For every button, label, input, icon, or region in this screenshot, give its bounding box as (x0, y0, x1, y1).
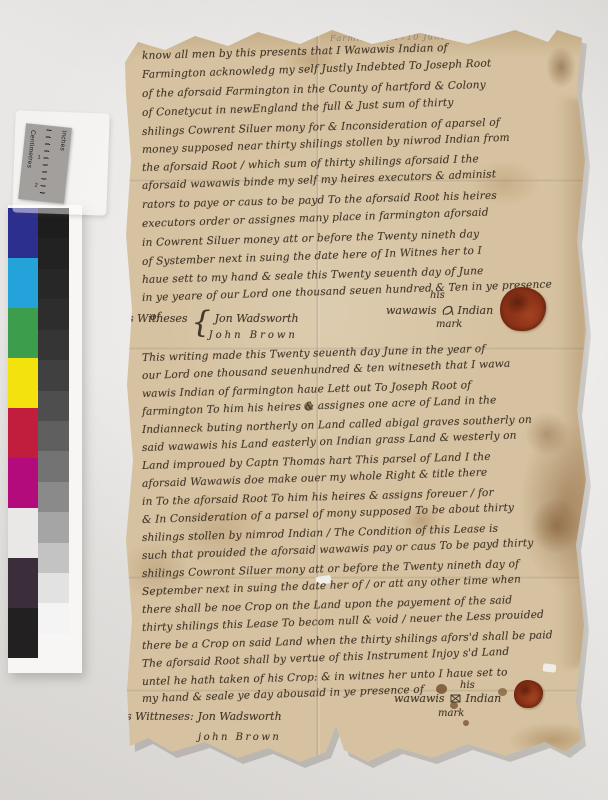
color-calibration-card (8, 205, 82, 673)
witness-name: John Brown (209, 330, 299, 341)
ruler-centimetres-label: Centimetres (25, 130, 36, 169)
color-patch-magenta (8, 458, 38, 508)
lease-witness-block: Vs Wittneses: Jon Wadsworth (118, 710, 282, 723)
archival-photo: Inches Centimetres 1 2 (0, 0, 608, 800)
color-patch-white (8, 508, 38, 558)
tear-highlight (543, 663, 557, 672)
wawawis-mark-icon (448, 692, 463, 705)
ruler: Inches Centimetres 1 2 (18, 123, 72, 203)
grey-step (38, 391, 69, 421)
stain (520, 420, 608, 590)
wax-seal (514, 680, 543, 708)
grey-step (38, 299, 69, 329)
greyscale-wedge (38, 208, 69, 634)
deed-line: of Systember next in suing the date here… (142, 245, 482, 268)
grey-step (38, 573, 69, 603)
witness-name: Jon Wadsworth (198, 710, 282, 723)
ruler-tick-marks (39, 129, 51, 197)
witness-brace: { (192, 310, 211, 336)
deed-line: know all men by this presents that I Waw… (142, 42, 448, 62)
grey-step (38, 512, 69, 542)
color-patch-red (8, 408, 38, 458)
stain (530, 498, 582, 554)
deed-witness-block: Vs Witneses { Jon Wadsworth John Brown (120, 312, 299, 341)
color-patch-yellow (8, 358, 38, 408)
witness-intro: Vs Witneses (120, 312, 188, 325)
signature-row: wawawis Indian (386, 304, 493, 317)
color-patch-green (8, 308, 38, 358)
ink-spot (463, 720, 469, 726)
signature-suffix: Indian (466, 692, 502, 705)
signature-name: wawawis (386, 304, 437, 317)
wawawis-mark-icon (440, 304, 455, 317)
color-patch-dark-violet (8, 558, 38, 608)
ruler-number-2: 2 (34, 182, 38, 188)
grey-step (38, 238, 69, 268)
grey-step (38, 330, 69, 360)
signature-row: wawawis Indian (394, 692, 501, 705)
grey-step (38, 482, 69, 512)
witness-name: Jon Wadsworth (215, 312, 299, 325)
grey-step (38, 269, 69, 299)
grey-step (38, 360, 69, 390)
signature-mark-label: mark (438, 708, 464, 719)
signature-suffix: Indian (458, 304, 494, 317)
grey-step (38, 421, 69, 451)
ruler-inches-label: Inches (58, 130, 67, 152)
signature-his: his (430, 290, 445, 301)
witness-name: john Brown (198, 732, 281, 743)
lease-line: untel he hath taken of his Crop: & in wi… (142, 666, 508, 688)
color-patch-blue (8, 208, 38, 258)
signature-his: his (460, 680, 475, 691)
ruler-tab: Inches Centimetres 1 2 (12, 110, 110, 215)
signature-name: wawawis (394, 692, 445, 705)
color-patch-column (8, 208, 38, 658)
color-patch-cyan (8, 258, 38, 308)
signature-mark-label: mark (436, 319, 462, 330)
color-patch-black (8, 608, 38, 658)
deed-line: of Conetycut in newEngland the full & Ju… (142, 97, 454, 119)
wax-seal (500, 287, 546, 331)
stain (546, 46, 576, 88)
grey-step (38, 451, 69, 481)
grey-step (38, 603, 69, 633)
ruler-number-1: 1 (37, 155, 41, 161)
grey-step (38, 543, 69, 573)
manuscript-paper: Farmington 1710 June 27 know all men by … (118, 28, 588, 778)
witness-intro: Vs Wittneses: (118, 710, 194, 723)
